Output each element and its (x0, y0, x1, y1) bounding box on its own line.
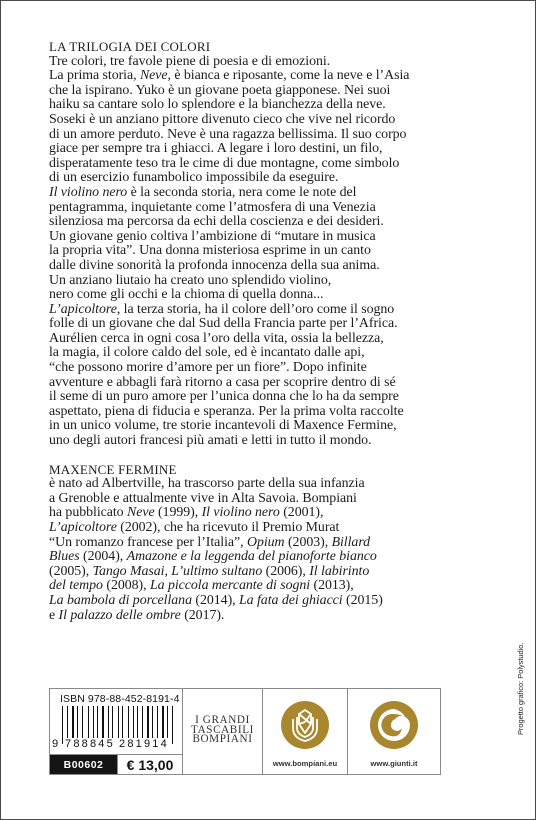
synopsis-line: di un amore perduto. Neve è una ragazza … (49, 128, 489, 143)
body-text: (2004), (80, 549, 127, 564)
series-name: I GRANDI TASCABILI BOMPIANI (191, 716, 254, 745)
back-cover-text: LA TRILOGIA DEI COLORI Tre colori, tre f… (49, 40, 489, 623)
synopsis-line: la propria vita”. Una donna misteriosa e… (49, 244, 489, 259)
body-text: aspettato, piena di fiducia e speranza. … (49, 404, 404, 419)
bio-line: è nato ad Albertville, ha trascorso part… (49, 477, 489, 492)
synopsis-line: Un giovane genio coltiva l’ambizione di … (49, 230, 489, 245)
body-text: avventure e abbagli farà ritorno a casa … (49, 375, 396, 390)
synopsis-line: haiku sa cantare solo lo splendore e la … (49, 98, 489, 113)
body-text: , la terza storia, ha il colore dell’oro… (117, 302, 394, 317)
synopsis-line: Tre colori, tre favole piene di poesia e… (49, 55, 489, 70)
isbn-label: ISBN 978-88-452-8191-4 (60, 693, 180, 705)
body-text: (2017). (181, 608, 225, 623)
body-text: nero come gli occhi e la chioma di quell… (49, 287, 323, 302)
body-text: “che possono morire d’amore per un fiore… (49, 360, 367, 375)
book-title-text: L’apicoltore (49, 302, 117, 317)
body-text: (2008), (103, 578, 150, 593)
synopsis-line: aspettato, piena di fiducia e speranza. … (49, 405, 489, 420)
author-heading: MAXENCE FERMINE (49, 463, 489, 478)
synopsis-line: nero come gli occhi e la chioma di quell… (49, 288, 489, 303)
synopsis-line: uno degli autori francesi più amati e le… (49, 434, 489, 449)
body-text: (1999), (155, 505, 202, 520)
book-info-box: ISBN 978-88-452-8191-4 9 788845 281914 B… (49, 688, 441, 775)
book-title-text: Blues (49, 549, 80, 564)
barcode-digits-left: 788845 (64, 738, 116, 750)
synopsis-line: “che possono morire d’amore per un fiore… (49, 361, 489, 376)
book-title-text: La bambola di porcellana (49, 593, 192, 608)
bio-line: “Un romanzo francese per l’Italia”, Opiu… (49, 536, 489, 551)
synopsis-line: folle di un giovane che dal Sud della Fr… (49, 317, 489, 332)
body-text: haiku sa cantare solo lo splendore e la … (49, 97, 386, 112)
synopsis-line: di un esercizio funambolico impossibile … (49, 171, 489, 186)
synopsis-line: La prima storia, Neve, è bianca e riposa… (49, 69, 489, 84)
body-text: Aurélien cerca in ogni cosa l’oro della … (49, 331, 384, 346)
synopsis-body: Tre colori, tre favole piene di poesia e… (49, 55, 489, 449)
bio-line: a Grenoble e attualmente vive in Alta Sa… (49, 492, 489, 507)
body-text: “Un romanzo francese per l’Italia”, (49, 535, 247, 550)
bompiani-cell: www.bompiani.eu (263, 689, 348, 774)
synopsis-line: in un unico volume, tre storie incantevo… (49, 419, 489, 434)
body-text: (2013), (310, 578, 354, 593)
giunti-spiral-logo-icon (369, 700, 419, 750)
synopsis-line: il seme di un puro amore per l’unica don… (49, 390, 489, 405)
bio-line: Blues (2004), Amazone e la leggenda del … (49, 550, 489, 565)
body-text: silenziosa ma percorsa da echi della cos… (49, 214, 384, 229)
synopsis-line: giace per sempre tra i ghiacci. A legare… (49, 142, 489, 157)
giunti-url[interactable]: www.giunti.it (348, 759, 440, 768)
body-text: uno degli autori francesi più amati e le… (49, 433, 372, 448)
body-text: che la ispirano. Yuko è un giovane poeta… (49, 83, 390, 98)
synopsis-line: che la ispirano. Yuko è un giovane poeta… (49, 84, 489, 99)
bio-line: (2005), Tango Masai, L’ultimo sultano (2… (49, 565, 489, 580)
giunti-cell: www.giunti.it (348, 689, 440, 774)
series-cell: I GRANDI TASCABILI BOMPIANI (183, 689, 263, 774)
body-text: di un esercizio funambolico impossibile … (49, 170, 338, 185)
body-text: , è bianca e riposante, come la neve e l… (168, 68, 410, 83)
synopsis-line: Soseki è un anziano pittore divenuto cie… (49, 113, 489, 128)
synopsis-line: silenziosa ma percorsa da echi della cos… (49, 215, 489, 230)
book-title-text: Billard (332, 535, 371, 550)
body-text: (2002), che ha ricevuto il Premio Murat (117, 520, 340, 535)
book-title-text: Il palazzo delle ombre (59, 608, 181, 623)
book-title-text: La fata dei ghiacci (239, 593, 343, 608)
body-text: e (49, 608, 59, 623)
bio-line: del tempo (2008), La piccola mercante di… (49, 579, 489, 594)
synopsis-line: L’apicoltore, la terza storia, ha il col… (49, 303, 489, 318)
bompiani-url[interactable]: www.bompiani.eu (263, 759, 347, 768)
body-text: (2006), (262, 564, 309, 579)
book-title-text: Il violino nero (49, 185, 127, 200)
book-title-text: del tempo (49, 578, 103, 593)
body-text: disperatamente teso tra le cime di due m… (49, 156, 399, 171)
bio-line: La bambola di porcellana (2014), La fata… (49, 594, 489, 609)
bio-line: L’apicoltore (2002), che ha ricevuto il … (49, 521, 489, 536)
body-text: Un giovane genio coltiva l’ambizione di … (49, 229, 376, 244)
bompiani-flower-logo-icon (280, 700, 330, 750)
body-text: giace per sempre tra i ghiacci. A legare… (49, 141, 382, 156)
body-text: la propria vita”. Una donna misteriosa e… (49, 243, 371, 258)
design-credit: Progetto grafico: Polystudio. (516, 643, 525, 735)
author-bio-body: è nato ad Albertville, ha trascorso part… (49, 477, 489, 623)
synopsis-line: Aurélien cerca in ogni cosa l’oro della … (49, 332, 489, 347)
body-text: folle di un giovane che dal Sud della Fr… (49, 316, 398, 331)
synopsis-line: dalle divine sonorità la profonda innoce… (49, 259, 489, 274)
body-text: (2015) (343, 593, 383, 608)
body-text: pentagramma, inquietante come l’atmosfer… (49, 200, 376, 215)
price-row: B00602 € 13,00 (50, 755, 182, 774)
synopsis-line: Un anziano liutaio ha creato uno splendi… (49, 274, 489, 289)
body-text: (2005), (49, 564, 93, 579)
book-title-text: Il labirinto (309, 564, 369, 579)
book-title-text: Opium (247, 535, 285, 550)
product-code-badge: B00602 (50, 755, 117, 774)
barcode-digits-right: 281914 (118, 738, 170, 750)
body-text: la magia, il colore caldo del sole, ed è… (49, 345, 365, 360)
bio-line: ha pubblicato Neve (1999), Il violino ne… (49, 506, 489, 521)
synopsis-line: la magia, il colore caldo del sole, ed è… (49, 346, 489, 361)
body-text: Tre colori, tre favole piene di poesia e… (49, 54, 330, 69)
synopsis-line: pentagramma, inquietante come l’atmosfer… (49, 201, 489, 216)
bio-line: e Il palazzo delle ombre (2017). (49, 609, 489, 624)
synopsis-heading: LA TRILOGIA DEI COLORI (49, 40, 489, 55)
book-title-text: Amazone e la leggenda del pianoforte bia… (127, 549, 377, 564)
body-text: di un amore perduto. Neve è una ragazza … (49, 127, 406, 142)
synopsis-line: avventure e abbagli farà ritorno a casa … (49, 376, 489, 391)
book-title-text: Il violino nero (202, 505, 280, 520)
body-text: il seme di un puro amore per l’unica don… (49, 389, 399, 404)
synopsis-line: Il violino nero è la seconda storia, ner… (49, 186, 489, 201)
body-text: è nato ad Albertville, ha trascorso part… (49, 476, 365, 491)
book-title-text: La piccola mercante di sogni (150, 578, 310, 593)
body-text: Un anziano liutaio ha creato uno splendi… (49, 273, 331, 288)
barcode-cell: ISBN 978-88-452-8191-4 9 788845 281914 B… (50, 689, 183, 774)
body-text: in un unico volume, tre storie incantevo… (49, 418, 397, 433)
body-text: La prima storia, (49, 68, 140, 83)
body-text: (2001), (280, 505, 324, 520)
book-title-text: Tango Masai, L’ultimo sultano (93, 564, 263, 579)
body-text: Soseki è un anziano pittore divenuto cie… (49, 112, 395, 127)
price-label: € 13,00 (117, 755, 182, 774)
series-line: BOMPIANI (191, 735, 254, 745)
body-text: ha pubblicato (49, 505, 127, 520)
book-title-text: L’apicoltore (49, 520, 117, 535)
book-title-text: Neve (140, 68, 168, 83)
book-title-text: Neve (127, 505, 155, 520)
body-text: (2014), (192, 593, 239, 608)
synopsis-line: disperatamente teso tra le cime di due m… (49, 157, 489, 172)
body-text: a Grenoble e attualmente vive in Alta Sa… (49, 491, 357, 506)
barcode: ISBN 978-88-452-8191-4 9 788845 281914 (50, 689, 182, 755)
body-text: è la seconda storia, nera come le note d… (127, 185, 356, 200)
barcode-digit-first: 9 (52, 738, 60, 750)
body-text: dalle divine sonorità la profonda innoce… (49, 258, 380, 273)
body-text: (2003), (285, 535, 332, 550)
